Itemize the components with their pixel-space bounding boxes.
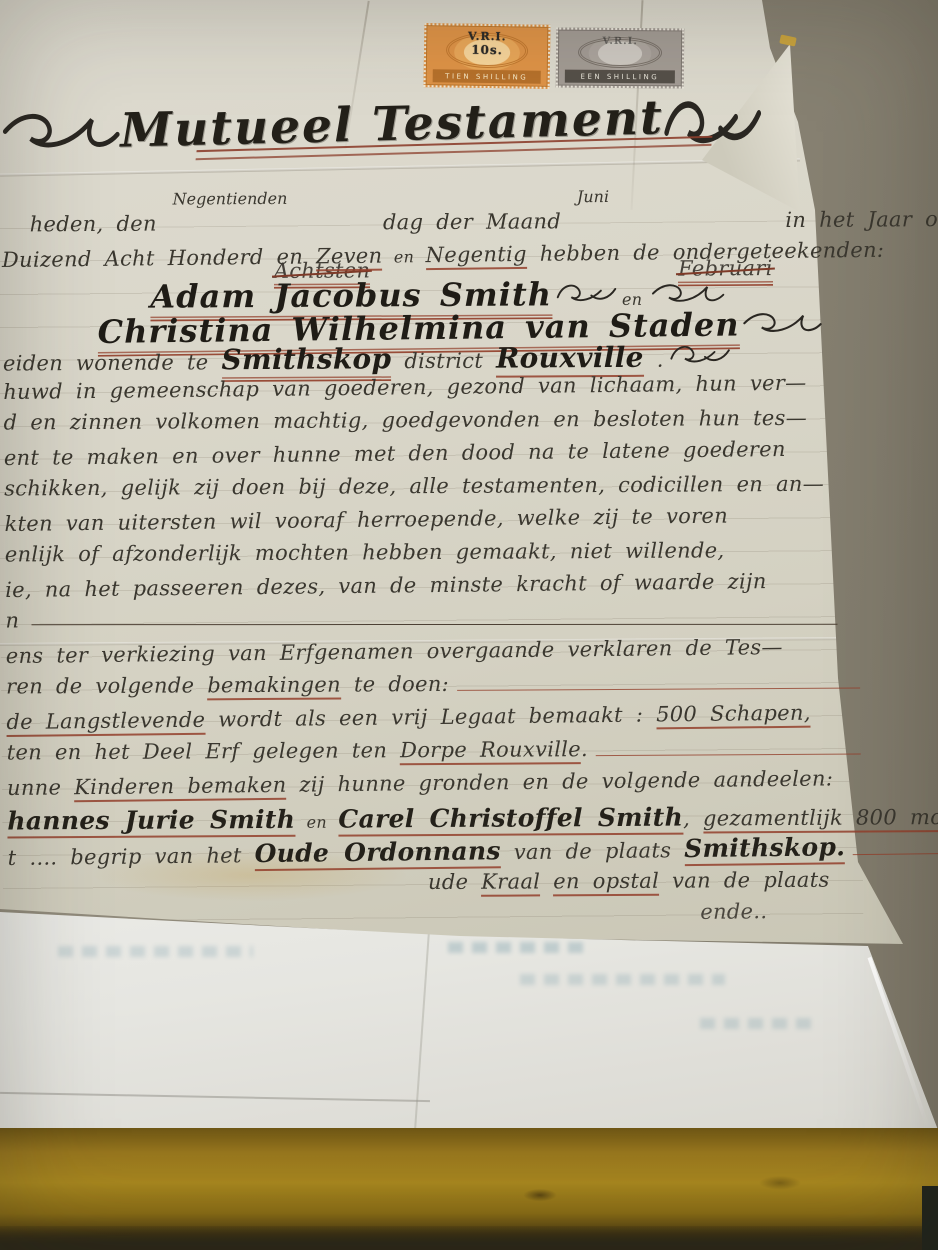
body-text: en <box>295 813 338 832</box>
year-en: en <box>382 247 425 267</box>
underlined-phrase: de Langstlevende <box>6 708 205 737</box>
year-pre: Duizend Acht Honderd en <box>2 244 316 272</box>
body-text: van de plaats <box>659 868 830 893</box>
heir-name: Carel Christoffel Smith <box>338 803 683 837</box>
body-text: t .... begrip van het <box>8 843 255 870</box>
wooden-table-edge <box>0 1128 938 1250</box>
body-text: van de plaats <box>501 838 685 864</box>
body-text: te doen: <box>341 672 449 697</box>
body-text <box>540 869 553 893</box>
inserted-month: Juni <box>577 187 609 206</box>
body-text: wordt als een vrij Legaat bemaakt : <box>205 702 656 731</box>
body-text: schikken, gelijk zij doen bij deze, alle… <box>4 472 824 501</box>
red-rule <box>596 754 861 757</box>
body-text: , <box>683 806 703 830</box>
stamp-overprint-value: 10s. <box>471 42 503 56</box>
flourish-icon <box>552 281 622 305</box>
body-text: n <box>5 608 19 632</box>
tape-fragment <box>779 34 797 46</box>
body-text: ten en het Deel Erf gelegen ten <box>7 738 401 764</box>
heir-name: hannes Jurie Smith <box>7 805 295 839</box>
bleed-through-text <box>448 942 588 953</box>
underlined-word: Kraal <box>481 869 540 896</box>
underlined-phrase: Oude Ordonnans <box>254 836 501 871</box>
year-seven: Zeven <box>316 244 383 272</box>
date-line-post: in het Jaar onzes Heeren <box>772 206 938 232</box>
underlined-phrase: gezamentlijk 800 mor— <box>703 805 938 834</box>
residence-mid: district <box>391 349 496 374</box>
stamp-overprint: V.R.I. <box>558 36 682 48</box>
body-text: ude <box>428 870 481 894</box>
underlined-phrase: Smithskop. <box>684 832 845 866</box>
red-rule <box>457 688 860 691</box>
year-post: hebben de ondergeteekenden: <box>527 238 885 266</box>
body-text: enlijk of afzonderlijk mochten hebben ge… <box>5 538 725 566</box>
inserted-day: Negentienden <box>173 189 288 209</box>
red-rule <box>853 853 938 855</box>
flourish-icon <box>642 280 732 305</box>
body-text: ende.. <box>700 899 767 924</box>
body-text: ren de volgende <box>6 673 207 698</box>
body-text: zij hunne gronden en de volgende aandeel… <box>286 766 833 796</box>
underlined-phrase: 500 Schapen, <box>656 701 811 730</box>
body-text: d en zinnen volkomen machtig, goedgevond… <box>3 406 807 435</box>
bleed-through-text <box>58 946 253 957</box>
shadow-corner <box>922 1186 938 1250</box>
paper-fold-highlight <box>868 957 937 1147</box>
underlined-phrase: Dorpe Rouxville <box>400 737 581 765</box>
flourish-icon <box>664 342 738 366</box>
handwritten-body: heden, den Negentienden Achtsten dag der… <box>2 206 871 940</box>
stamp-overprint-initials: V.R.I. <box>468 30 507 44</box>
ink-rule <box>31 624 837 625</box>
photo-of-document: V.R.I. 10s. TIEN SHILLING V.R.I. EEN SHI… <box>0 0 938 1250</box>
stamp-overprint: V.R.I. 10s. <box>426 30 548 58</box>
bleed-through-text <box>700 1018 820 1029</box>
residence-post: . <box>644 348 664 372</box>
date-line-mid: dag der Maand <box>370 209 574 234</box>
underlined-phrase: en opstal <box>553 869 659 897</box>
year-ninety: Negentig <box>425 242 527 270</box>
fold-crease <box>0 158 800 176</box>
underlined-word: bemakingen <box>207 673 341 701</box>
bleed-through-text <box>520 974 725 985</box>
sheet-edge <box>0 1092 430 1102</box>
body-text: unne <box>7 775 74 800</box>
residence-pre: eiden wonende te <box>3 350 222 375</box>
flourish-icon <box>0 108 120 152</box>
date-line-pre: heden, den <box>30 212 170 237</box>
body-text: . <box>581 737 588 761</box>
flourish-icon <box>739 308 823 335</box>
underlined-phrase: Kinderen bemaken <box>74 773 287 802</box>
